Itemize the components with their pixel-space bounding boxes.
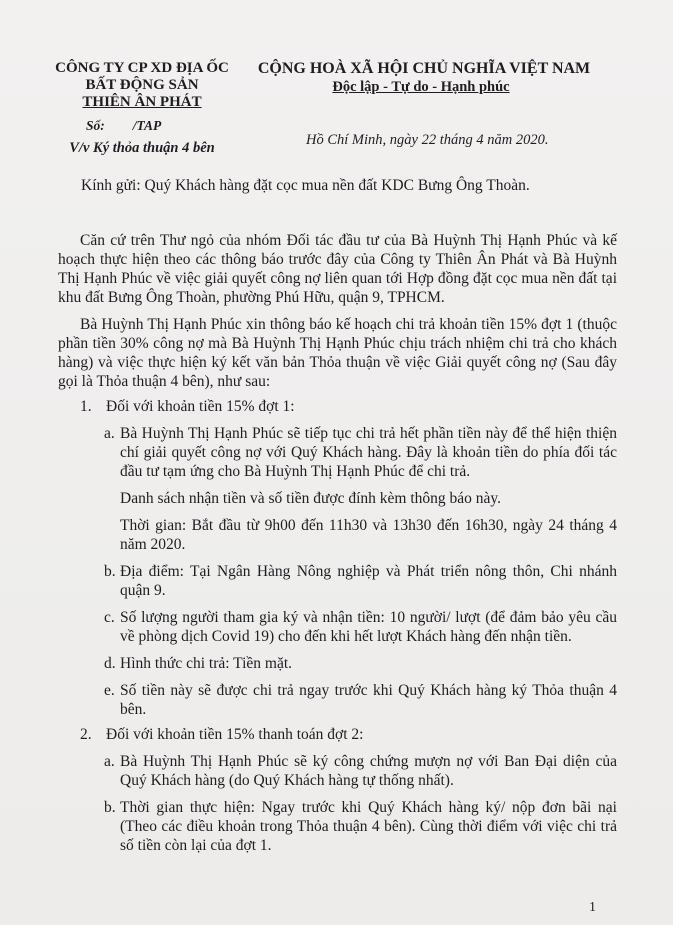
list-item: c. Số lượng người tham gia ký và nhận ti… [58, 608, 617, 646]
document-number-label: Số: [86, 118, 105, 133]
document-date: Hồ Chí Minh, ngày 22 tháng 4 năm 2020. [306, 132, 548, 149]
section-1: 1. Đối với khoản tiền 15% đợt 1: [58, 397, 617, 416]
item-text: Bà Huỳnh Thị Hạnh Phúc sẽ tiếp tục chi t… [120, 424, 617, 481]
paragraph: Bà Huỳnh Thị Hạnh Phúc xin thông báo kế … [58, 315, 617, 391]
paragraph: Căn cứ trên Thư ngỏ của nhóm Đối tác đầu… [58, 231, 617, 307]
item-letter: b. [104, 798, 116, 817]
item-text: Địa điểm: Tại Ngân Hàng Nông nghiệp và P… [120, 562, 617, 600]
document-number-suffix: /TAP [133, 118, 162, 133]
item-letter: e. [104, 681, 115, 700]
nation-title: CỘNG HOÀ XÃ HỘI CHỦ NGHĨA VIỆT NAM [254, 60, 594, 78]
national-header: CỘNG HOÀ XÃ HỘI CHỦ NGHĨA VIỆT NAM Độc l… [254, 60, 594, 96]
item-text: Thời gian thực hiện: Ngay trước khi Quý … [120, 798, 617, 855]
item-text: Hình thức chi trả: Tiền mặt. [120, 654, 617, 673]
document-page: CÔNG TY CP XD ĐỊA ỐC BẤT ĐỘNG SẢN THIÊN … [0, 0, 673, 925]
item-text: Số tiền này sẽ được chi trả ngay trước k… [120, 681, 617, 719]
greeting-line: Kính gửi: Quý Khách hàng đặt cọc mua nền… [81, 177, 530, 195]
document-subject: V/v Ký thỏa thuận 4 bên [52, 140, 232, 157]
item-letter: d. [104, 654, 116, 673]
item-text: Số lượng người tham gia ký và nhận tiền:… [120, 608, 617, 646]
section-title: Đối với khoản tiền 15% đợt 1: [106, 398, 295, 415]
item-letter: c. [104, 608, 115, 627]
item-letter: a. [104, 424, 115, 443]
item-text: Bà Huỳnh Thị Hạnh Phúc sẽ ký công chứng … [120, 752, 617, 790]
section-number: 1. [80, 397, 92, 416]
national-motto: Độc lập - Tự do - Hạnh phúc [248, 78, 594, 96]
list-item: a. Bà Huỳnh Thị Hạnh Phúc sẽ ký công chứ… [58, 752, 617, 790]
list-item: d. Hình thức chi trả: Tiền mặt. [58, 654, 617, 673]
list-item: b. Địa điểm: Tại Ngân Hàng Nông nghiệp v… [58, 562, 617, 600]
section-number: 2. [80, 725, 92, 744]
list-item: b. Thời gian thực hiện: Ngay trước khi Q… [58, 798, 617, 855]
company-header: CÔNG TY CP XD ĐỊA ỐC BẤT ĐỘNG SẢN THIÊN … [52, 60, 232, 157]
item-extra-text: Danh sách nhận tiền và số tiền được đính… [120, 489, 617, 508]
company-name-line2: BẤT ĐỘNG SẢN [52, 77, 232, 94]
company-name-line1: CÔNG TY CP XD ĐỊA ỐC [52, 60, 232, 77]
company-name-line3: THIÊN ÂN PHÁT [52, 94, 232, 111]
document-body: Căn cứ trên Thư ngỏ của nhóm Đối tác đầu… [58, 231, 617, 855]
item-extra-text: Thời gian: Bắt đầu từ 9h00 đến 11h30 và … [120, 516, 617, 554]
list-item: a. Bà Huỳnh Thị Hạnh Phúc sẽ tiếp tục ch… [58, 424, 617, 554]
item-letter: a. [104, 752, 115, 771]
page-number: 1 [589, 900, 596, 916]
document-number: Số:/TAP [52, 117, 232, 134]
list-item: e. Số tiền này sẽ được chi trả ngay trướ… [58, 681, 617, 719]
section-title: Đối với khoản tiền 15% thanh toán đợt 2: [106, 726, 363, 743]
section-2: 2. Đối với khoản tiền 15% thanh toán đợt… [58, 725, 617, 744]
item-letter: b. [104, 562, 116, 581]
